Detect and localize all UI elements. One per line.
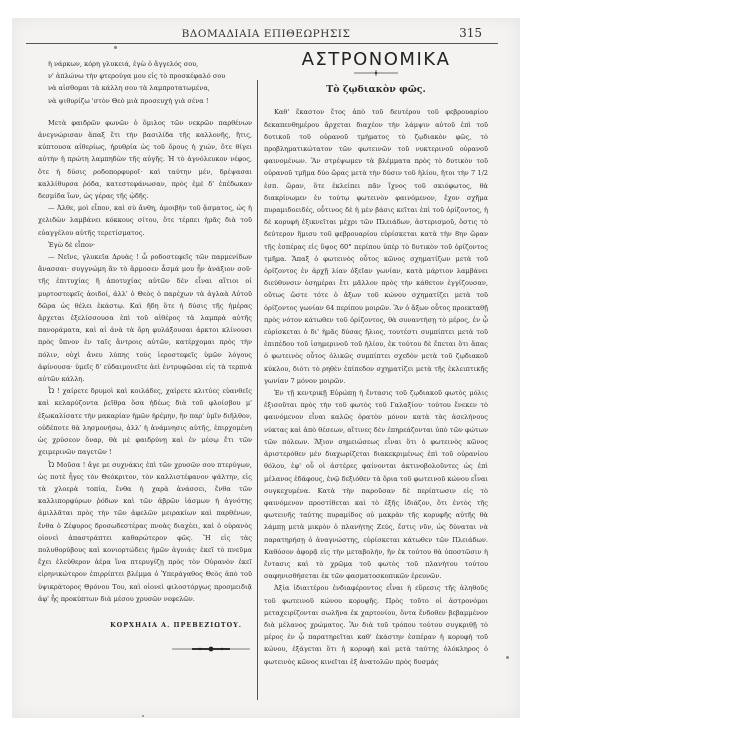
scan-speck: [114, 46, 117, 49]
section-title: ΑΣΤΡΟΝΟΜΙΚΑ: [264, 54, 488, 66]
paragraph: Μετὰ φαιδρῶν φωνῶν ὁ ὅμιλος τῶν νεκρῶν π…: [38, 117, 252, 202]
article-title: Τὸ ζῳδιακὸν φῶς.: [264, 84, 488, 96]
publication-title: ΒΔΟΜΑΔΙΑΙΑ ΕΠΙΘΕΩΡΗΣΙΣ: [12, 28, 520, 40]
paragraph: Ἐν τῇ κεντρικῇ Εὐρώπῃ ἡ ἔντασις τοῦ ζῳδι…: [264, 387, 488, 582]
page-number: 315: [459, 26, 482, 40]
paragraph: — Ἀλθε, μοὶ εἶπον, καὶ σὺ ἄνθη, ἀμοιβὴν …: [38, 202, 252, 239]
left-column: ἡ νάρκων, κόρη γλυκειά, ἐγὼ ὁ ἄγγελός σο…: [38, 58, 252, 631]
right-column: ΑΣΤΡΟΝΟΜΙΚΑ Τὸ ζῳδιακὸν φῶς. Καθ' ἕκαστο…: [264, 54, 488, 668]
scanned-page: ΒΔΟΜΑΔΙΑΙΑ ΕΠΙΘΕΩΡΗΣΙΣ 315 ἡ νάρκων, κόρ…: [12, 18, 520, 718]
paragraph: Καθ' ἕκαστον ἔτος ἀπὸ τοῦ δευτέρου τοῦ φ…: [264, 106, 488, 387]
poem-stanza: ἡ νάρκων, κόρη γλυκειά, ἐγὼ ὁ ἄγγελός σο…: [38, 58, 252, 107]
scan-speck: [142, 715, 144, 717]
poem-line: νὰ αἰσθομαι τὰ κάλλη σου τὰ λαμπροτατωμέ…: [48, 82, 252, 94]
column-divider: [257, 80, 258, 700]
paragraph: Ὦ ! χαίρετε δρυμοὶ καὶ κοιλάδες, χαίρετε…: [38, 385, 252, 458]
poem-line: νὰ ψιθυρίζω 'στὸν Θεὸ μιὰ προσευχὴ γιὰ σ…: [48, 95, 252, 107]
title-ornament-icon: [354, 70, 398, 76]
poem-line: ν' ἁπλώνω τὴν φτερούγα μου εἰς τὸ προσκέ…: [48, 70, 252, 82]
scan-speck: [506, 656, 509, 659]
running-header: ΒΔΟΜΑΔΙΑΙΑ ΕΠΙΘΕΩΡΗΣΙΣ 315: [12, 24, 520, 44]
poem-line: ἡ νάρκων, κόρη γλυκειά, ἐγὼ ὁ ἄγγελός σο…: [48, 58, 252, 70]
end-ornament-icon: [172, 646, 250, 652]
paragraph: Ὦ Μοῦσα ! ἄγε με συχνάκις ἐπὶ τῶν χρυσῶν…: [38, 459, 252, 605]
paragraph: — Νεῖνε, γλυκεῖα Δρυὰς ! ὦ ροδοστεφεῖς τ…: [38, 251, 252, 385]
paragraph: Ἐγὼ δὲ εἶπον·: [38, 239, 252, 251]
paragraph: Ἀξία ἰδιαιτέρου ἐνδιαφέροντος εἶναι ἡ εὕ…: [264, 582, 488, 667]
author-signature: ΚΟΡΧΗΑΙΑ Α. ΠΡΕΒΕΖΙΩΤΟΥ.: [38, 619, 252, 631]
header-rule: [26, 43, 498, 44]
